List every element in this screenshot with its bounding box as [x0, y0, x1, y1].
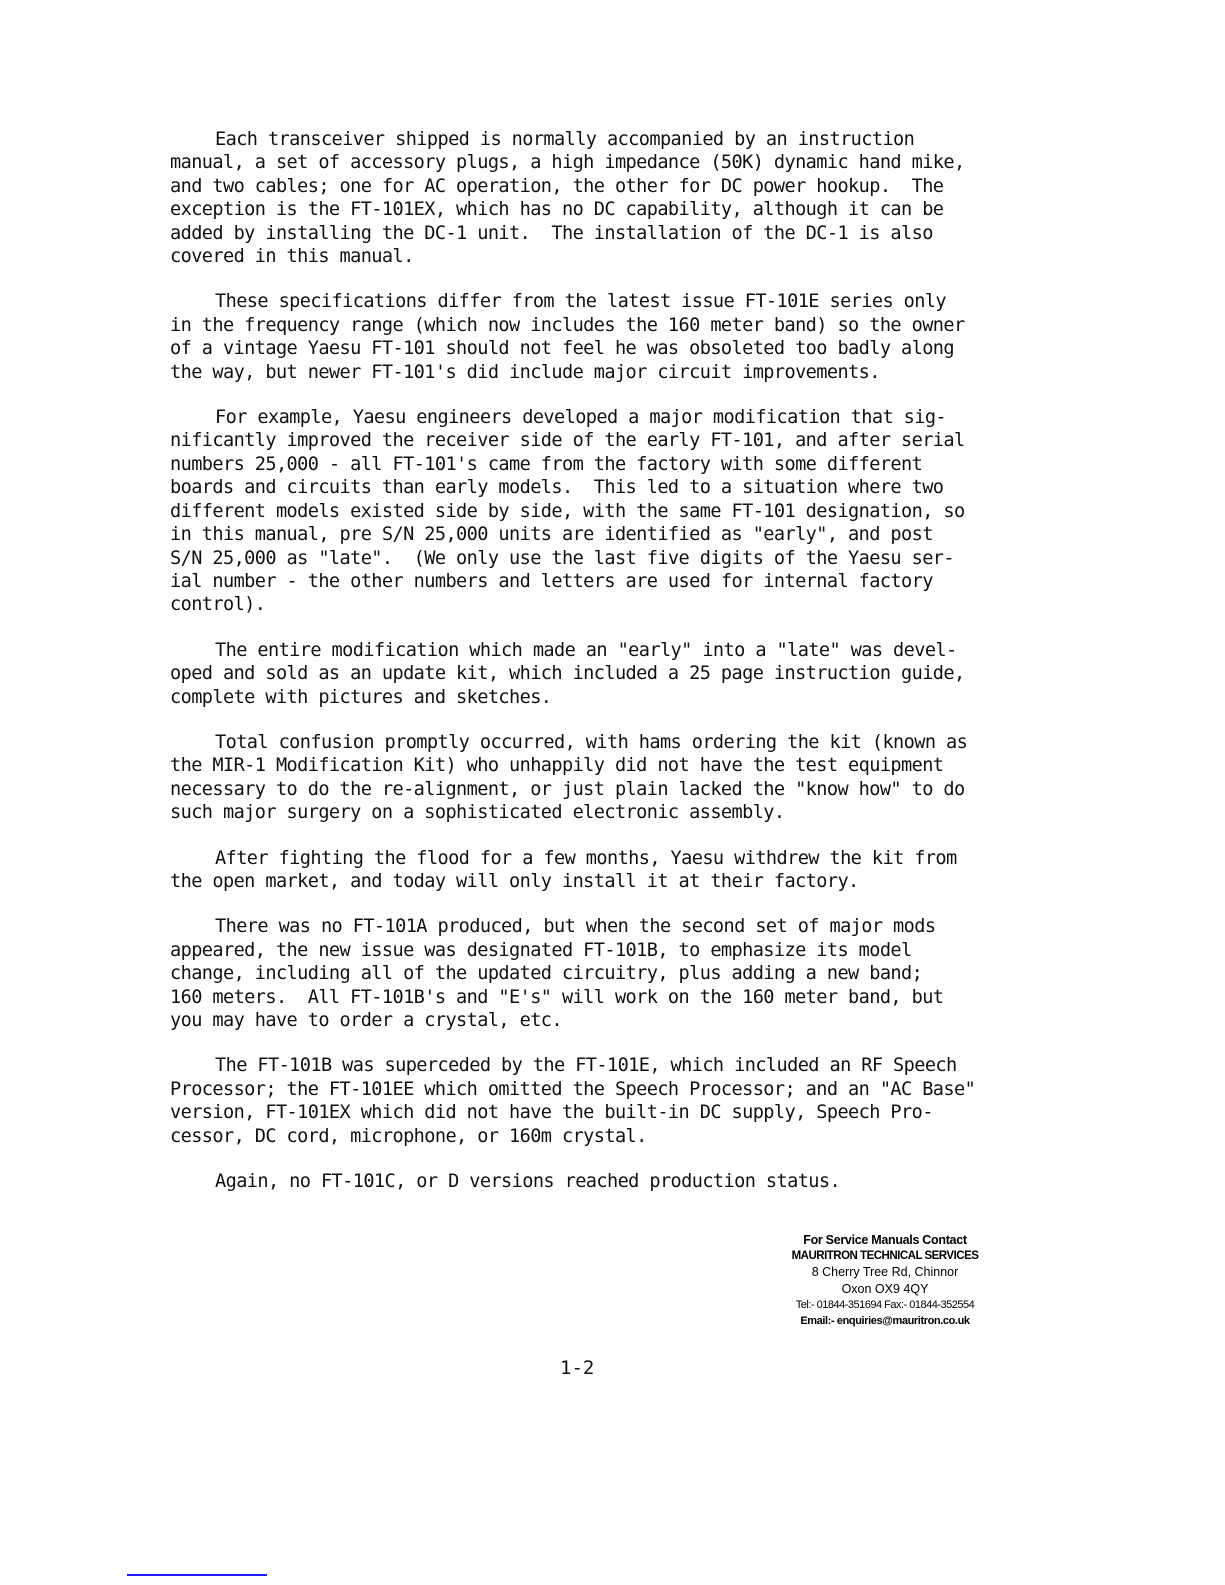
service-contact-stamp: For Service Manuals Contact MAURITRON TE… [775, 1232, 995, 1329]
text-line: control). [170, 593, 1010, 616]
text-line: nificantly improved the receiver side of… [170, 429, 1010, 452]
paragraph-no-c-or-d: Again, no FT-101C, or D versions reached… [170, 1170, 1010, 1193]
text-line: necessary to do the re-alignment, or jus… [170, 778, 1010, 801]
text-line: numbers 25,000 - all FT-101's came from … [170, 453, 1010, 476]
paragraph-withdrawal: After fighting the flood for a few month… [170, 847, 1010, 894]
text-line: version, FT-101EX which did not have the… [170, 1101, 1010, 1124]
text-line: the way, but newer FT-101's did include … [170, 361, 1010, 384]
text-line: different models existed side by side, w… [170, 500, 1010, 523]
contact-phone-fax: Tel:- 01844-351694 Fax:- 01844-352554 [775, 1297, 995, 1313]
text-line: For example, Yaesu engineers developed a… [170, 406, 1010, 429]
text-line: such major surgery on a sophisticated el… [170, 801, 1010, 824]
text-line: you may have to order a crystal, etc. [170, 1009, 1010, 1032]
page-number: 1-2 [560, 1357, 594, 1379]
text-line: in this manual, pre S/N 25,000 units are… [170, 523, 1010, 546]
text-line: complete with pictures and sketches. [170, 686, 1010, 709]
text-line: 160 meters. All FT-101B's and "E's" will… [170, 986, 1010, 1009]
text-line: The FT-101B was superceded by the FT-101… [170, 1054, 1010, 1077]
contact-address-line2: Oxon OX9 4QY [775, 1281, 995, 1297]
paragraph-accessories: Each transceiver shipped is normally acc… [170, 128, 1010, 268]
text-line: and two cables; one for AC operation, th… [170, 175, 1010, 198]
paragraph-modification-example: For example, Yaesu engineers developed a… [170, 406, 1010, 617]
text-line: Again, no FT-101C, or D versions reached… [170, 1170, 1010, 1193]
paragraph-ft101b: There was no FT-101A produced, but when … [170, 915, 1010, 1032]
text-line: Processor; the FT-101EE which omitted th… [170, 1078, 1010, 1101]
text-line: boards and circuits than early models. T… [170, 476, 1010, 499]
contact-address-line1: 8 Cherry Tree Rd, Chinnor [775, 1264, 995, 1280]
text-line: After fighting the flood for a few month… [170, 847, 1010, 870]
contact-email: Email:- enquiries@mauritron.co.uk [775, 1313, 995, 1329]
text-line: manual, a set of accessory plugs, a high… [170, 151, 1010, 174]
text-line: appeared, the new issue was designated F… [170, 939, 1010, 962]
text-line: These specifications differ from the lat… [170, 290, 1010, 313]
footer-link-underline [127, 1574, 267, 1576]
text-line: The entire modification which made an "e… [170, 639, 1010, 662]
text-line: cessor, DC cord, microphone, or 160m cry… [170, 1125, 1010, 1148]
paragraph-confusion: Total confusion promptly occurred, with … [170, 731, 1010, 825]
text-line: added by installing the DC-1 unit. The i… [170, 222, 1010, 245]
text-line: Each transceiver shipped is normally acc… [170, 128, 1010, 151]
text-line: the open market, and today will only ins… [170, 870, 1010, 893]
text-line: of a vintage Yaesu FT-101 should not fee… [170, 337, 1010, 360]
text-line: the MIR-1 Modification Kit) who unhappil… [170, 754, 1010, 777]
text-line: oped and sold as an update kit, which in… [170, 662, 1010, 685]
contact-company: MAURITRON TECHNICAL SERVICES [775, 1248, 995, 1264]
text-line: There was no FT-101A produced, but when … [170, 915, 1010, 938]
paragraph-ft101e-variants: The FT-101B was superceded by the FT-101… [170, 1054, 1010, 1148]
contact-heading: For Service Manuals Contact [775, 1232, 995, 1248]
text-line: S/N 25,000 as "late". (We only use the l… [170, 547, 1010, 570]
text-line: covered in this manual. [170, 245, 1010, 268]
document-page: Each transceiver shipped is normally acc… [0, 0, 1225, 1585]
text-line: Total confusion promptly occurred, with … [170, 731, 1010, 754]
paragraph-update-kit: The entire modification which made an "e… [170, 639, 1010, 709]
paragraph-specifications: These specifications differ from the lat… [170, 290, 1010, 384]
text-line: change, including all of the updated cir… [170, 962, 1010, 985]
text-line: in the frequency range (which now includ… [170, 314, 1010, 337]
text-line: ial number - the other numbers and lette… [170, 570, 1010, 593]
text-line: exception is the FT-101EX, which has no … [170, 198, 1010, 221]
body-text: Each transceiver shipped is normally acc… [170, 128, 1010, 1215]
